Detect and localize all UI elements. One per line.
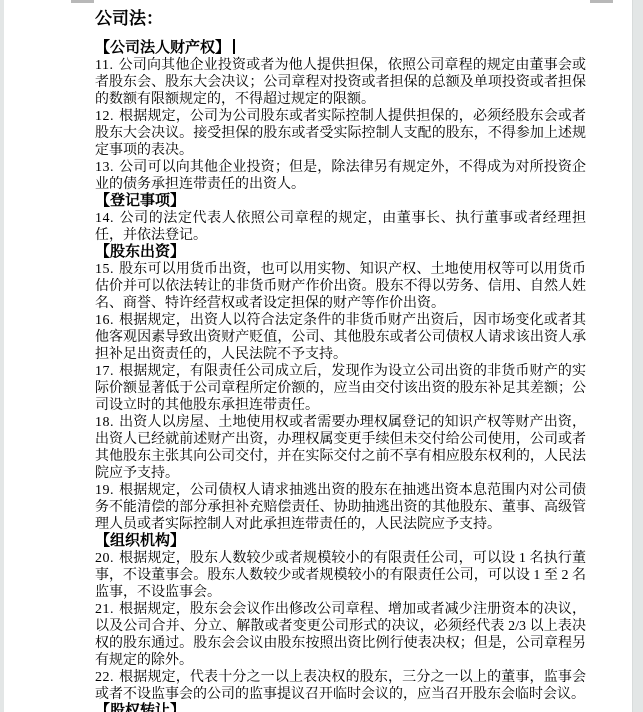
clause-number: 18. bbox=[95, 415, 114, 430]
clause-number: 11. bbox=[95, 58, 113, 73]
clause-text: 公司可以向其他企业投资；但是，除法律另有规定外，不得成为对所投资企业的债务承担连… bbox=[95, 160, 586, 192]
clause-21[interactable]: 21.根据规定，股东会会议作出修改公司章程、增加或者减少注册资本的决议，以及公司… bbox=[95, 601, 586, 669]
clause-16[interactable]: 16.根据规定，出资人以符合法定条件的非货币财产出资后，因市场变化或者其他客观因… bbox=[95, 312, 586, 363]
text-cursor bbox=[233, 39, 235, 54]
clause-text: 根据规定，股东会会议作出修改公司章程、增加或者减少注册资本的决议，以及公司合并、… bbox=[95, 602, 586, 668]
section-heading-shareholder-contribution[interactable]: 【股东出资】 bbox=[95, 244, 586, 261]
clause-number: 17. bbox=[95, 364, 114, 379]
clause-14[interactable]: 14.公司的法定代表人依照公司章程的规定，由董事长、执行董事或者经理担任，并依法… bbox=[95, 210, 586, 244]
clause-number: 13. bbox=[95, 160, 114, 175]
clause-number: 22. bbox=[95, 670, 114, 685]
clause-text: 公司的法定代表人依照公司章程的规定，由董事长、执行董事或者经理担任，并依法登记。 bbox=[95, 211, 586, 243]
workspace-right-gutter[interactable] bbox=[632, 0, 643, 712]
clause-17[interactable]: 17.根据规定，有限责任公司成立后，发现作为设立公司出资的非货币财产的实际价额显… bbox=[95, 363, 586, 414]
section-heading-organizational-structure[interactable]: 【组织机构】 bbox=[95, 533, 586, 550]
clause-20[interactable]: 20.根据规定，股东人数较少或者规模较小的有限责任公司，可以设 1 名执行董事，… bbox=[95, 550, 586, 601]
section-heading-equity-transfer[interactable]: 【股权转让】 bbox=[95, 703, 586, 712]
clause-11[interactable]: 11.公司向其他企业投资或者为他人提供担保，依照公司章程的规定由董事会或者股东会… bbox=[95, 57, 586, 108]
clause-text: 根据规定，有限责任公司成立后，发现作为设立公司出资的非货币财产的实际价额显著低于… bbox=[95, 364, 586, 413]
clause-number: 19. bbox=[95, 483, 114, 498]
clause-text: 出资人以房屋、土地使用权或者需要办理权属登记的知识产权等财产出资，出资人已经就前… bbox=[95, 415, 586, 481]
section-heading-text: 【公司法人财产权】 bbox=[95, 40, 230, 56]
ruler-margin-mark-right bbox=[590, 0, 613, 3]
clause-13[interactable]: 13.公司可以向其他企业投资；但是，除法律另有规定外，不得成为对所投资企业的债务… bbox=[95, 159, 586, 193]
clause-text: 根据规定，公司为公司股东或者实际控制人提供担保的，必须经股东会或者股东大会决议。… bbox=[95, 109, 586, 158]
clause-text: 根据规定，出资人以符合法定条件的非货币财产出资后，因市场变化或者其他客观因素导致… bbox=[95, 313, 586, 362]
section-heading-corporate-property[interactable]: 【公司法人财产权】 bbox=[95, 39, 586, 57]
clause-number: 20. bbox=[95, 551, 114, 566]
section-heading-registration[interactable]: 【登记事项】 bbox=[95, 193, 586, 210]
clause-text: 股东可以用货币出资，也可以用实物、知识产权、土地使用权等可以用货币估价并可以依法… bbox=[95, 262, 586, 311]
clause-number: 16. bbox=[95, 313, 114, 328]
clause-18[interactable]: 18.出资人以房屋、土地使用权或者需要办理权属登记的知识产权等财产出资，出资人已… bbox=[95, 414, 586, 482]
ruler-margin-mark-left bbox=[71, 0, 94, 3]
clause-12[interactable]: 12.根据规定，公司为公司股东或者实际控制人提供担保的，必须经股东会或者股东大会… bbox=[95, 108, 586, 159]
clause-number: 12. bbox=[95, 109, 114, 124]
clause-text: 公司向其他企业投资或者为他人提供担保，依照公司章程的规定由董事会或者股东会、股东… bbox=[95, 58, 586, 107]
clause-19[interactable]: 19.根据规定，公司债权人请求抽逃出资的股东在抽逃出资本息范围内对公司债务不能清… bbox=[95, 482, 586, 533]
clause-number: 14. bbox=[95, 211, 114, 226]
clause-text: 根据规定，公司债权人请求抽逃出资的股东在抽逃出资本息范围内对公司债务不能清偿的部… bbox=[95, 483, 586, 532]
clause-number: 15. bbox=[95, 262, 114, 277]
document-title[interactable]: 公司法： bbox=[95, 8, 586, 30]
clause-22[interactable]: 22.根据规定，代表十分之一以上表决权的股东，三分之一以上的董事，监事会或者不设… bbox=[95, 669, 586, 703]
clause-number: 21. bbox=[95, 602, 114, 617]
clause-text: 根据规定，代表十分之一以上表决权的股东，三分之一以上的董事，监事会或者不设监事会… bbox=[95, 670, 586, 702]
clause-text: 根据规定，股东人数较少或者规模较小的有限责任公司，可以设 1 名执行董事，不设董… bbox=[95, 551, 586, 600]
document-text-area[interactable]: 公司法： 【公司法人财产权】 11.公司向其他企业投资或者为他人提供担保，依照公… bbox=[95, 8, 586, 712]
clause-15[interactable]: 15.股东可以用货币出资，也可以用实物、知识产权、土地使用权等可以用货币估价并可… bbox=[95, 261, 586, 312]
workspace-left-edge bbox=[0, 0, 4, 712]
